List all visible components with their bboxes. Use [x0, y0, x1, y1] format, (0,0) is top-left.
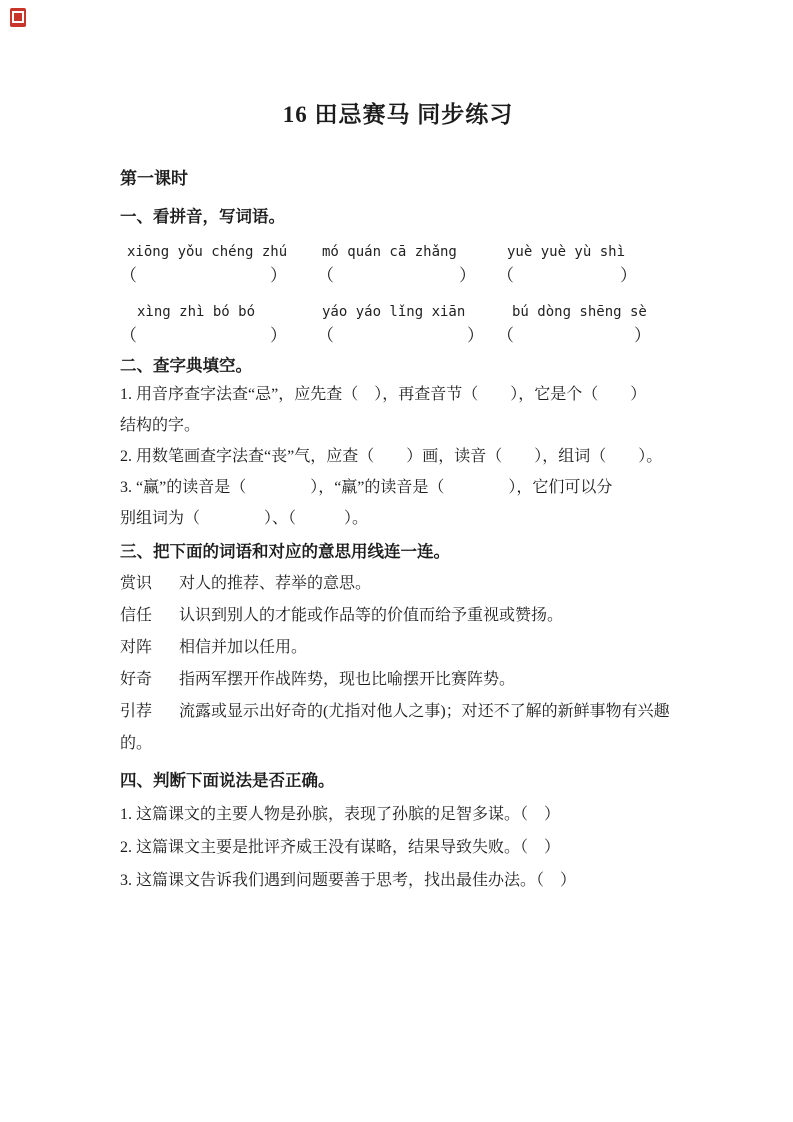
question-line: 3. “赢”的读音是（ ），“羸”的读音是（ ），它们可以分: [120, 472, 676, 503]
question-line: 结构的字。: [120, 410, 676, 441]
paren-open: （: [497, 262, 514, 290]
broken-image-icon: [10, 8, 26, 27]
paren-open: （: [317, 322, 334, 350]
paren-open: （: [120, 262, 137, 290]
word-meaning: 流露或显示出好奇的(尤指对他人之事)；对还不了解的新鲜事物有兴趣的。: [120, 703, 670, 752]
answer-blank: （）: [120, 322, 287, 350]
pinyin-group: mó quán cā zhǎng: [317, 242, 497, 262]
paren-close: ）: [467, 322, 484, 350]
paren-close: ）: [270, 262, 287, 290]
word-term: 好奇: [120, 664, 179, 696]
judgment-item: 1. 这篇课文的主要人物是孙膑，表现了孙膑的足智多谋。（ ）: [120, 799, 676, 830]
section2-body: 1. 用音序查字法查“忌”，应先查（ ），再查音节（ ），它是个（ ） 结构的字…: [120, 379, 676, 534]
answer-blank: （）: [317, 262, 476, 290]
word-meaning: 对人的推荐、荐举的意思。: [179, 575, 371, 592]
pinyin-row-2: xìng zhì bó bó yáo yáo lǐng xiān bú dòng…: [120, 302, 676, 322]
section4-heading: 四、判断下面说法是否正确。: [120, 766, 676, 797]
word-meaning: 指两军摆开作战阵势，现也比喻摆开比赛阵势。: [179, 671, 515, 688]
paren-close: ）: [270, 322, 287, 350]
section2-heading: 二、查字典填空。: [120, 355, 676, 377]
paren-close: ）: [634, 322, 651, 350]
match-row: 对阵相信并加以任用。: [120, 632, 676, 664]
pinyin-row-1: xiōng yǒu chéng zhú mó quán cā zhǎng yuè…: [120, 242, 676, 262]
answer-blank: （）: [497, 322, 651, 350]
pinyin-group: bú dòng shēng sè: [497, 302, 676, 322]
match-row: 赏识对人的推荐、荐举的意思。: [120, 568, 676, 600]
word-term: 赏识: [120, 568, 179, 600]
pinyin-group: xìng zhì bó bó: [120, 302, 317, 322]
word-meaning: 相信并加以任用。: [179, 639, 307, 656]
word-meaning: 认识到别人的才能或作品等的价值而给予重视或赞扬。: [179, 607, 563, 624]
judgment-item: 2. 这篇课文主要是批评齐威王没有谋略，结果导致失败。（ ）: [120, 832, 676, 863]
question-line: 别组词为（ ）、（ ）。: [120, 503, 676, 534]
answer-blank: （）: [317, 322, 484, 350]
match-row: 引荐流露或显示出好奇的(尤指对他人之事)；对还不了解的新鲜事物有兴趣的。: [120, 696, 676, 760]
question-line: 1. 用音序查字法查“忌”，应先查（ ），再查音节（ ），它是个（ ）: [120, 379, 676, 410]
pinyin-group: yáo yáo lǐng xiān: [317, 302, 497, 322]
page-title: 16 田忌赛马 同步练习: [120, 98, 676, 132]
paren-open: （: [317, 262, 334, 290]
word-term: 引荐: [120, 696, 179, 728]
answer-blank: （）: [120, 262, 287, 290]
broken-image-icon-inner: [12, 11, 24, 23]
paren-close: ）: [620, 262, 637, 290]
match-row: 信任认识到别人的才能或作品等的价值而给予重视或赞扬。: [120, 600, 676, 632]
lesson-heading: 第一课时: [120, 168, 676, 190]
match-row: 好奇指两军摆开作战阵势，现也比喻摆开比赛阵势。: [120, 664, 676, 696]
answer-blank-row-1: （） （） （）: [120, 262, 676, 290]
pinyin-group: yuè yuè yù shì: [497, 242, 676, 262]
paren-open: （: [120, 322, 137, 350]
word-term: 信任: [120, 600, 179, 632]
answer-blank: （）: [497, 262, 637, 290]
question-line: 2. 用数笔画查字法查“丧”气，应查（ ）画，读音（ ），组词（ ）。: [120, 441, 676, 472]
pinyin-group: xiōng yǒu chéng zhú: [120, 242, 317, 262]
paren-open: （: [497, 322, 514, 350]
matching-exercise: 赏识对人的推荐、荐举的意思。 信任认识到别人的才能或作品等的价值而给予重视或赞扬…: [120, 568, 676, 760]
judgment-item: 3. 这篇课文告诉我们遇到问题要善于思考，找出最佳办法。（ ）: [120, 865, 676, 896]
answer-blank-row-2: （） （） （）: [120, 322, 676, 350]
word-term: 对阵: [120, 632, 179, 664]
worksheet-page: 16 田忌赛马 同步练习 第一课时 一、看拼音，写词语。 xiōng yǒu c…: [0, 0, 793, 1122]
judgment-exercise: 1. 这篇课文的主要人物是孙膑，表现了孙膑的足智多谋。（ ） 2. 这篇课文主要…: [120, 799, 676, 896]
section1-heading: 一、看拼音，写词语。: [120, 206, 676, 228]
paren-close: ）: [459, 262, 476, 290]
section3-heading: 三、把下面的词语和对应的意思用线连一连。: [120, 537, 676, 568]
